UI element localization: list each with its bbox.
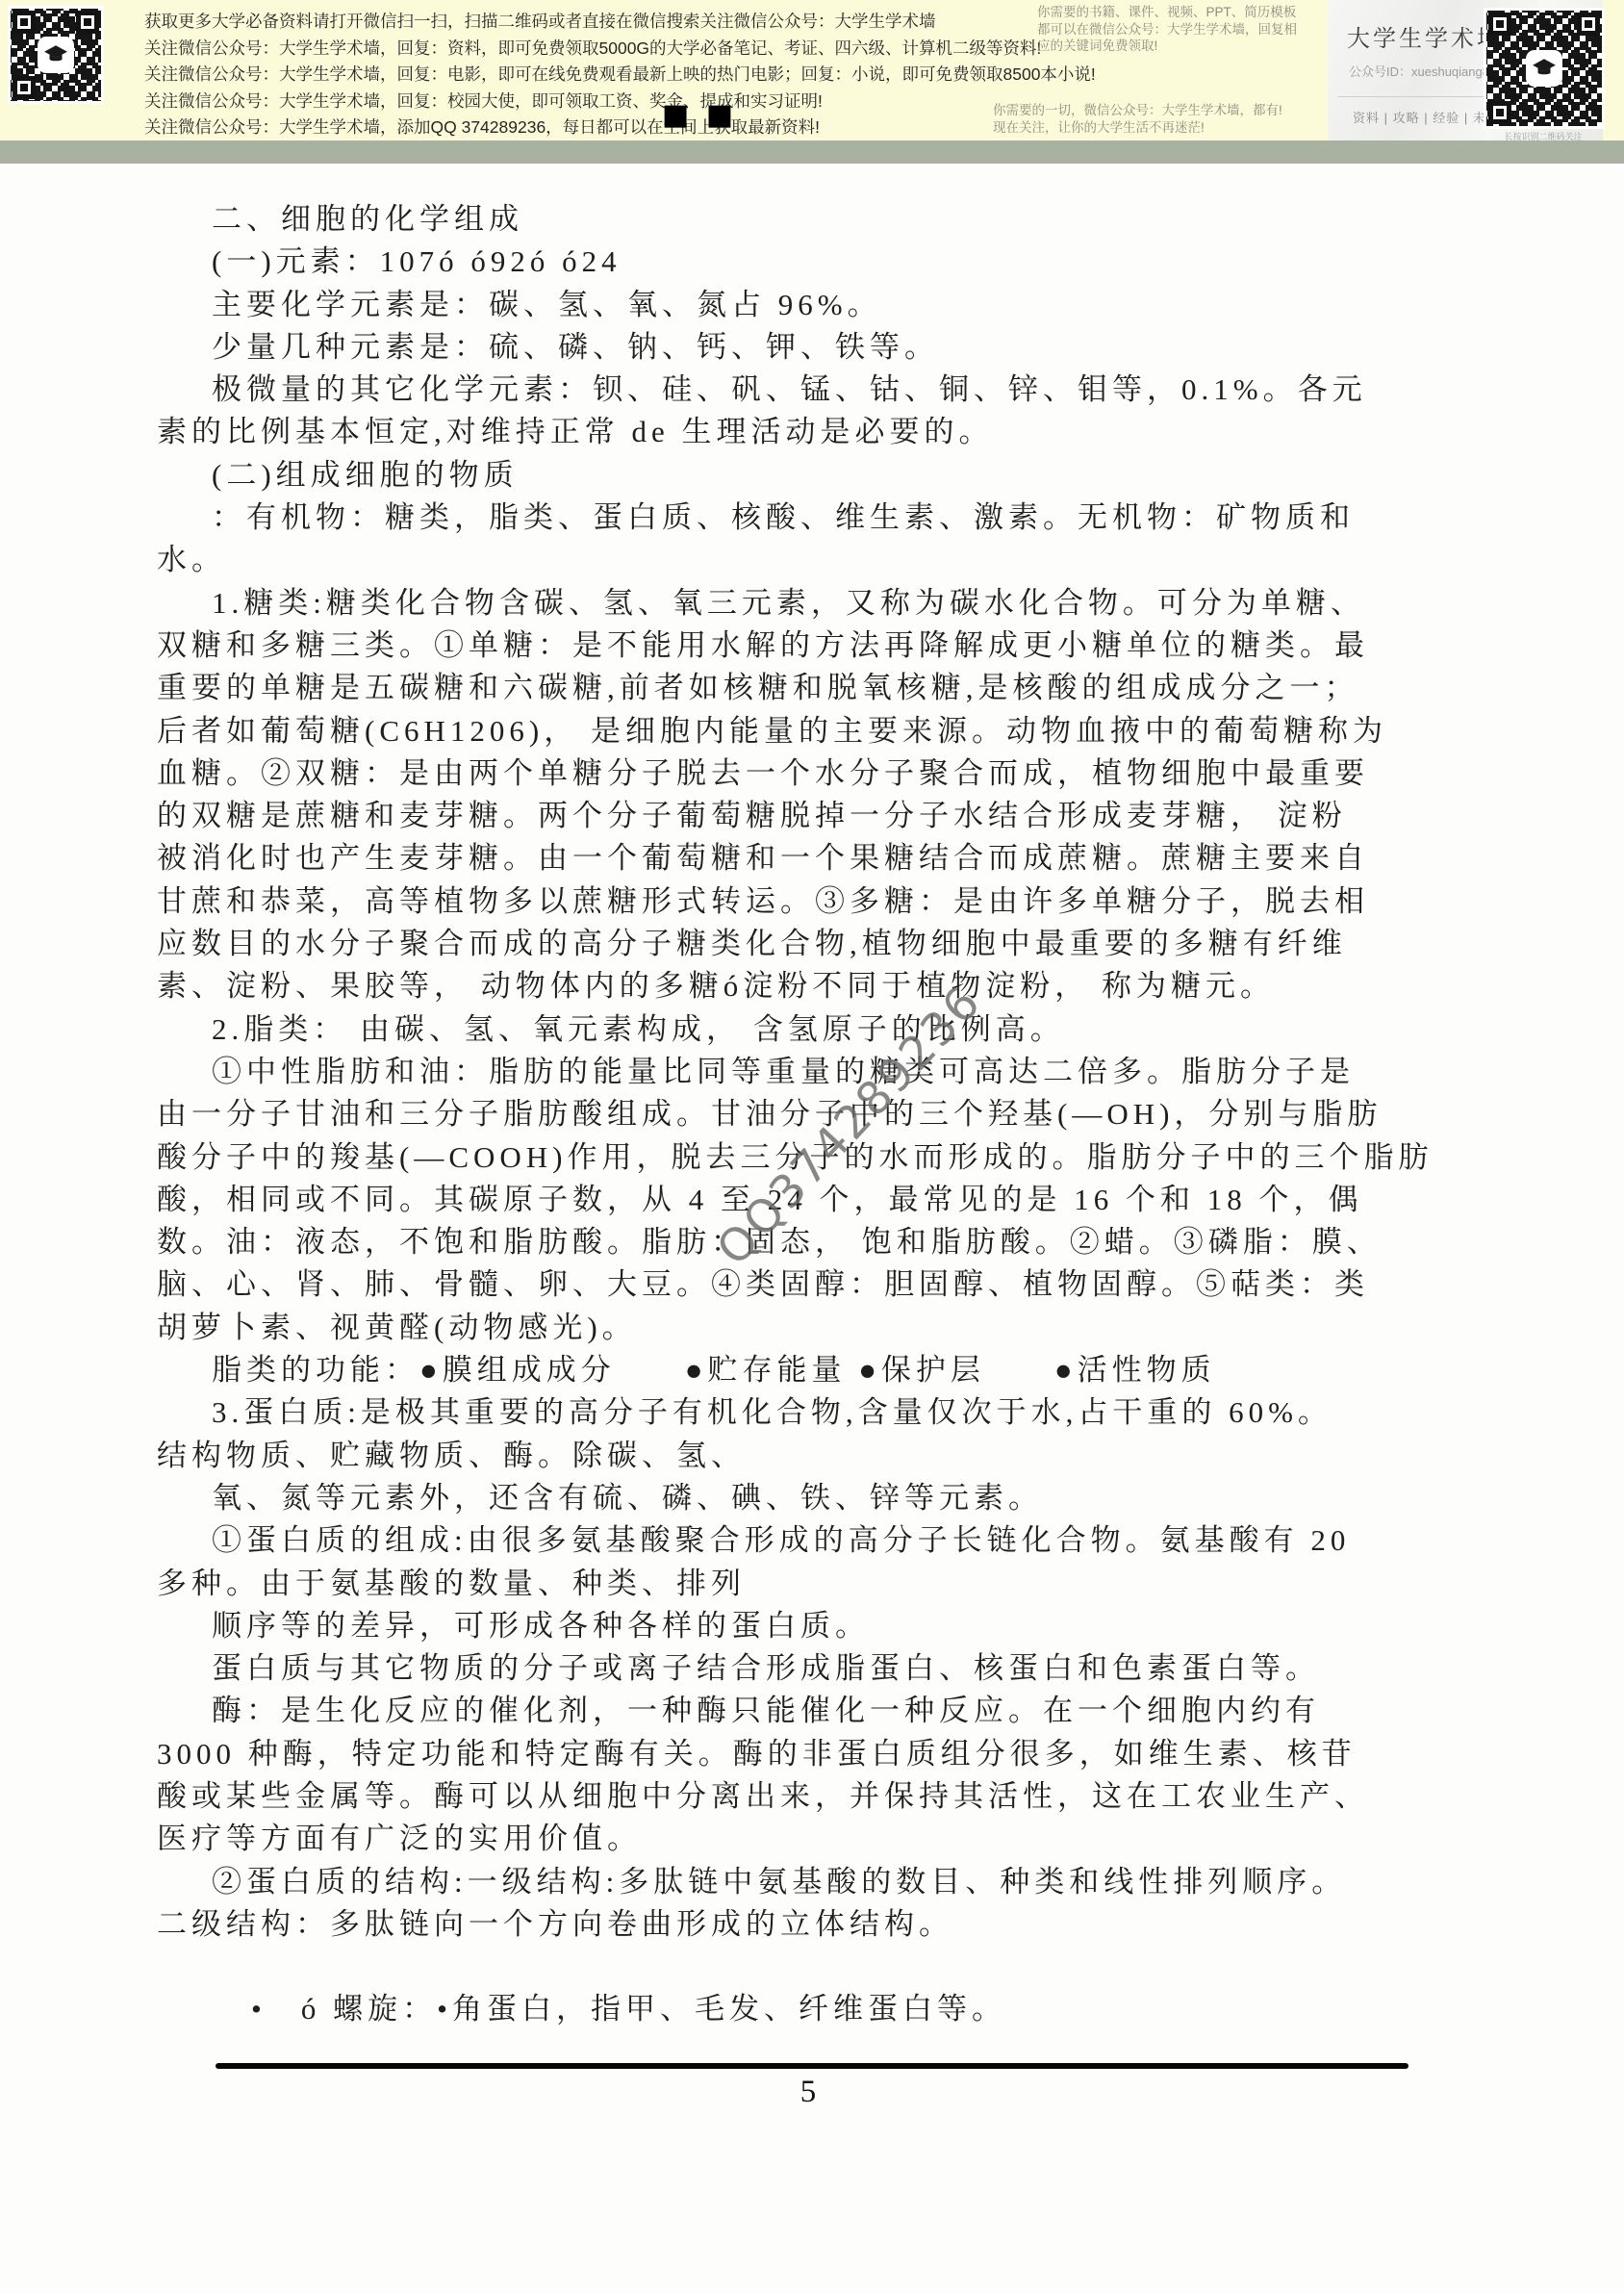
- scanned-document-page: 获取更多大学必备资料请打开微信扫一扫，扫描二维码或者直接在微信搜索关注微信公众号…: [0, 0, 1624, 2294]
- side-note-line: 现在关注，让你的大学生活不再迷茫!: [993, 119, 1282, 137]
- qr-finder-icon: [1488, 13, 1511, 36]
- account-panel: 大学生学术墙 公众号ID：xueshuqiang8888 资料 | 攻略 | 经…: [1328, 0, 1603, 140]
- document-line: 主要化学元素是：碳、氢、氧、氮占 96%。: [157, 284, 1433, 326]
- qr-finder-icon: [1488, 101, 1511, 124]
- document-line: 重要的单糖是五碳糖和六碳糖,前者如核糖和脱氧核糖,是核酸的组成成分之一；: [157, 667, 1433, 709]
- graduation-cap-icon: [1526, 50, 1562, 87]
- document-line: 双糖和多糖三类。①单糖：是不能用水解的方法再降解成更小糖单位的糖类。最: [157, 624, 1433, 667]
- promo-banner: 获取更多大学必备资料请打开微信扫一扫，扫描二维码或者直接在微信搜索关注微信公众号…: [0, 0, 1624, 140]
- qr-finder-icon: [13, 76, 36, 99]
- cropped-logo-fragment: ■ ■: [662, 98, 737, 132]
- document-line: 少量几种元素是：硫、磷、钠、钙、钾、铁等。: [157, 326, 1433, 369]
- document-line: 甘蔗和恭菜，高等植物多以蔗糖形式转运。③多糖：是由许多单糖分子，脱去相: [157, 880, 1433, 923]
- document-line: 2.脂类： 由碳、氢、氧元素构成， 含氢原子的比例高。: [157, 1008, 1433, 1051]
- footer-rule: [216, 2063, 1408, 2069]
- document-line: ①中性脂肪和油：脂肪的能量比同等重量的糖类可高达二倍多。脂肪分子是: [157, 1051, 1433, 1093]
- banner-promo-line: 关注微信公众号：大学生学术墙，回复：资料，即可免费领取5000G的大学必备笔记、…: [144, 36, 1096, 63]
- document-line: 酸或某些金属等。酶可以从细胞中分离出来，并保持其活性，这在工农业生产、: [157, 1775, 1433, 1818]
- document-line: • ó 螺旋：•角蛋白，指甲、毛发、纤维蛋白等。: [157, 1988, 1433, 2030]
- document-line: 素、淀粉、果胶等， 动物体内的多糖ó淀粉不同于植物淀粉， 称为糖元。: [157, 965, 1433, 1007]
- qr-finder-icon: [76, 11, 99, 34]
- page-number: 5: [0, 2075, 1616, 2110]
- document-line: (二)组成细胞的物质: [157, 454, 1433, 497]
- document-line: 顺序等的差异，可形成各种各样的蛋白质。: [157, 1605, 1433, 1647]
- side-note-line: 你需要的一切，微信公众号：大学生学术墙，都有!: [993, 102, 1282, 119]
- document-line: 二、细胞的化学组成: [157, 198, 1433, 241]
- document-line: ：有机物：糖类，脂类、蛋白质、核酸、维生素、激素。无机物：矿物质和: [157, 497, 1433, 539]
- banner-promo-line: 关注微信公众号：大学生学术墙，回复：校园大使，即可领取工资、奖金、提成和实习证明…: [144, 89, 1096, 115]
- document-line: 极微量的其它化学元素：钡、硅、矾、锰、钴、铜、锌、钼等，0.1%。各元: [157, 369, 1433, 411]
- side-note-line: 你需要的书籍、课件、视频、PPT、简历模板: [1037, 4, 1297, 21]
- document-line: 医疗等方面有广泛的实用价值。: [157, 1818, 1433, 1860]
- document-line: 素的比例基本恒定,对维持正常 de 生理活动是必要的。: [157, 411, 1433, 453]
- banner-promo-line: 获取更多大学必备资料请打开微信扫一扫，扫描二维码或者直接在微信搜索关注微信公众号…: [144, 9, 1096, 36]
- banner-promo-line: 关注微信公众号：大学生学术墙，回复：电影，即可在线免费观看最新上映的热门电影；回…: [144, 62, 1096, 89]
- document-line: ②蛋白质的结构:一级结构:多肽链中氨基酸的数目、种类和线性排列顺序。: [157, 1861, 1433, 1903]
- side-note-line: 都可以在微信公众号：大学生学术墙，回复相: [1037, 21, 1297, 38]
- banner-promo-text: 获取更多大学必备资料请打开微信扫一扫，扫描二维码或者直接在微信搜索关注微信公众号…: [144, 9, 1096, 141]
- banner-side-note-top: 你需要的书籍、课件、视频、PPT、简历模板都可以在微信公众号：大学生学术墙，回复…: [1037, 4, 1297, 55]
- document-line: 蛋白质与其它物质的分子或离子结合形成脂蛋白、核蛋白和色素蛋白等。: [157, 1647, 1433, 1690]
- document-line: 3000 种酶，特定功能和特定酶有关。酶的非蛋白质组分很多，如维生素、核苷: [157, 1733, 1433, 1775]
- panel-links: 资料 | 攻略 | 经验 | 未来: [1353, 108, 1500, 126]
- banner-promo-line: 关注微信公众号：大学生学术墙，添加QQ 374289236，每日都可以在空间上获…: [144, 115, 1096, 141]
- document-line: [157, 1946, 1433, 1988]
- document-line: 由一分子甘油和三分子脂肪酸组成。甘油分子中的三个羟基(—OH)，分别与脂肪: [157, 1093, 1433, 1135]
- document-line: 水。: [157, 539, 1433, 581]
- document-line: 1.糖类:糖类化合物含碳、氢、氧三元素，又称为碳水化合物。可分为单糖、: [157, 582, 1433, 624]
- document-line: 后者如葡萄糖(C6H1206)， 是细胞内能量的主要来源。动物血掖中的葡萄糖称为: [157, 710, 1433, 752]
- document-line: 脑、心、肾、肺、骨髓、卵、大豆。④类固醇：胆固醇、植物固醇。⑤萜类：类: [157, 1263, 1433, 1306]
- document-line: 多种。由于氨基酸的数量、种类、排列: [157, 1563, 1433, 1605]
- document-line: 氧、氮等元素外，还含有硫、磷、碘、铁、锌等元素。: [157, 1477, 1433, 1519]
- document-line: 3.蛋白质:是极其重要的高分子有机化合物,含量仅次于水,占干重的 60%。: [157, 1391, 1433, 1434]
- document-line: (一)元素：107ó ó92ó ó24: [157, 241, 1433, 283]
- wechat-qr-code-right: [1484, 8, 1605, 129]
- scan-edge-band: [0, 140, 1624, 164]
- document-line: 应数目的水分子聚合而成的高分子糖类化合物,植物细胞中最重要的多糖有纤维: [157, 923, 1433, 965]
- qr-finder-icon: [13, 11, 36, 34]
- qr-finder-icon: [1577, 13, 1600, 36]
- document-line: 的双糖是蔗糖和麦芽糖。两个分子葡萄糖脱掉一分子水结合形成麦芽糖， 淀粉: [157, 795, 1433, 837]
- document-line: 二级结构：多肽链向一个方向卷曲形成的立体结构。: [157, 1903, 1433, 1946]
- side-note-line: 应的关键词免费领取!: [1037, 38, 1297, 55]
- document-line: 胡萝卜素、视黄醛(动物感光)。: [157, 1307, 1433, 1349]
- document-line: 结构物质、贮藏物质、酶。除碳、氢、: [157, 1435, 1433, 1477]
- document-line: 被消化时也产生麦芽糖。由一个葡萄糖和一个果糖结合而成蔗糖。蔗糖主要来自: [157, 837, 1433, 879]
- document-line: 脂类的功能：●膜组成成分 ●贮存能量 ●保护层 ●活性物质: [157, 1349, 1433, 1391]
- banner-side-note-bottom: 你需要的一切，微信公众号：大学生学术墙，都有!现在关注，让你的大学生活不再迷茫!: [993, 102, 1282, 136]
- wechat-qr-code-left: [8, 6, 104, 104]
- document-line: 酶：是生化反应的催化剂，一种酶只能催化一种反应。在一个细胞内约有: [157, 1690, 1433, 1732]
- document-line: 血糖。②双糖：是由两个单糖分子脱去一个水分子聚合而成，植物细胞中最重要: [157, 752, 1433, 795]
- graduation-cap-icon: [38, 37, 74, 73]
- account-title: 大学生学术墙: [1347, 19, 1503, 53]
- document-line: 数。油：液态，不饱和脂肪酸。脂肪：固态， 饱和脂肪酸。②蜡。③磷脂：膜、: [157, 1221, 1433, 1263]
- document-line: ①蛋白质的组成:由很多氨基酸聚合形成的高分子长链化合物。氨基酸有 20: [157, 1519, 1433, 1562]
- document-body: 二、细胞的化学组成(一)元素：107ó ó92ó ó24主要化学元素是：碳、氢、…: [157, 198, 1433, 2031]
